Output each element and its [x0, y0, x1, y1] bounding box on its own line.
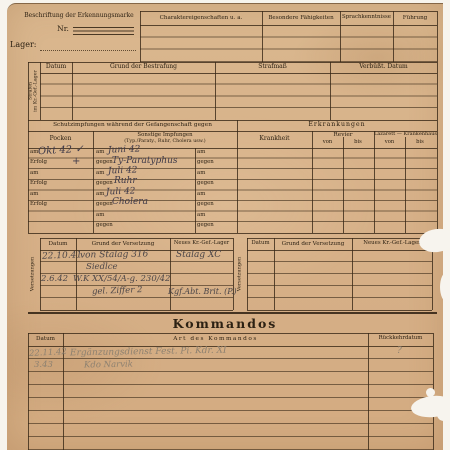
handwriting-versetzung-r4-neues: Kgf.Abt. Brit. (P.): [168, 288, 237, 296]
versetzungen-left-col-neues: Neues Kr.-Gef.-Lager: [171, 241, 232, 247]
sonstige-impfungen-header: Sonstige Impfungen (Typ./Paraty., Ruhr, …: [95, 133, 235, 145]
strafen-col-strafmass: Strafmaß: [217, 64, 328, 71]
lazarett-header: Lazarett — Krankenhaus: [374, 132, 436, 138]
sonstige1-gegen-label-3: gegen: [96, 202, 113, 208]
handwriting-kommando-r2-datum: 3.43: [34, 361, 53, 370]
handwriting-impfung-am-3: Juli 42: [106, 187, 136, 197]
handwriting-impfung-gegen-1: Ty-Paratyphus: [112, 157, 178, 166]
section-separator-line: [28, 312, 437, 314]
revier-von-label: von: [314, 140, 341, 146]
kommandos-col-rueckkehrdatum: Rückkehrdatum: [369, 336, 432, 342]
revier-bis-label: bis: [344, 140, 372, 146]
handwriting-impfung-am-2: Juli 42: [108, 166, 138, 176]
lazarett-von-label: von: [376, 140, 403, 146]
sonstige1-am-label-2: am: [96, 171, 104, 177]
sonstige2-gegen-label-1: gegen: [197, 160, 214, 166]
erkrankungen-title: Erkrankungen: [239, 122, 435, 129]
pocken-am-label-3: am: [30, 192, 38, 198]
handwriting-impfung-am-1: Juni 42: [108, 145, 141, 155]
kommandos-title: Kommandos: [0, 317, 450, 331]
sonstige2-am-label-2: am: [197, 171, 205, 177]
scan-edge-right: [443, 0, 450, 450]
lazarett-bis-label: bis: [406, 140, 434, 146]
sonstige2-gegen-label-3: gegen: [197, 202, 214, 208]
lager-label: Lager:: [10, 41, 40, 50]
handwriting-versetzung-r1-neues: Stalag XC: [176, 251, 221, 260]
scan-edge-left: [0, 0, 7, 450]
sonstige2-gegen-label-4: gegen: [197, 223, 214, 229]
id-block-title: Beschriftung der Erkennungsmarke: [20, 13, 138, 20]
impfungen-title: Schutzimpfungen während der Gefangenscha…: [30, 122, 235, 128]
sonstige2-am-label-4: am: [197, 213, 205, 219]
kommandos-col-datum: Datum: [29, 336, 62, 342]
sonstige1-am-label-4: am: [96, 213, 104, 219]
versetzungen-left-col-datum: Datum: [41, 241, 75, 247]
sonstige1-am-label-1: am: [96, 150, 104, 156]
handwriting-versetzung-r2-grund: Siedlce: [86, 263, 118, 272]
handwriting-impfung-gegen-3: Cholera: [112, 198, 148, 207]
id-number-redaction-lines: [73, 27, 134, 37]
strafen-col-grund: Grund der Bestrafung: [74, 64, 213, 71]
handwriting-versetzung-r1-grund: von Stalag 316: [80, 250, 149, 260]
sonstige1-gegen-label-1: gegen: [96, 160, 113, 166]
krankheit-header: Krankheit: [239, 136, 310, 143]
lager-dotted-line: [40, 42, 136, 51]
handwriting-kommando-r1-datum: 22.11.42: [29, 348, 67, 358]
handwriting-kommando-r2-art: Kdo Narvik: [84, 361, 133, 370]
handwriting-kommando-r1-rueckkehr: ?: [397, 347, 402, 356]
pocken-erfolg-label-2: Erfolg: [30, 181, 47, 187]
id-number-label: Nr.: [55, 25, 71, 33]
scan-edge-top: [0, 0, 450, 3]
paper-damage-right-edge: [440, 272, 450, 302]
pocken-header: Pocken: [30, 136, 91, 143]
handwriting-versetzung-r3-datum: 2.6.42: [41, 275, 68, 284]
traits-col-fuehrung: Führung: [394, 15, 436, 21]
sonstige2-am-label-1: am: [197, 150, 205, 156]
versetzungen-left-col-grund: Grund der Versetzung: [77, 241, 169, 247]
traits-col-sprachkenntnisse: Sprachkenntnisse: [341, 15, 392, 21]
pocken-erfolg-label-1: Erfolg: [30, 160, 47, 166]
strafen-side-label: Strafen im Kr.-Gef.-Lager: [29, 70, 40, 112]
versetzungen-side-label-left: Versetzungen: [30, 257, 36, 292]
handwriting-versetzung-r4-grund: gel. Ziffer 2: [92, 286, 143, 296]
handwriting-impfung-gegen-2: Ruhr: [114, 177, 137, 186]
strafen-col-verbuesst: Verbüßt. Datum: [332, 64, 435, 71]
pocken-erfolg-label-3: Erfolg: [30, 202, 47, 208]
sonstige2-am-label-3: am: [197, 192, 205, 198]
handwriting-pocken-erfolg-1: +: [72, 157, 80, 167]
sonstige1-gegen-label-4: gegen: [96, 223, 113, 229]
handwriting-versetzung-r1-datum: 22.10.41: [42, 251, 82, 261]
sonstige1-gegen-label-2: gegen: [96, 181, 113, 187]
sonstige2-gegen-label-2: gegen: [197, 181, 214, 187]
versetzungen-right-col-datum: Datum: [248, 241, 273, 247]
paper-damage-bottom-right-dot: [426, 388, 435, 397]
sonstige1-am-label-3: am: [96, 192, 104, 198]
kommandos-col-art: Art des Kommandos: [64, 336, 367, 342]
strafen-col-datum: Datum: [42, 64, 70, 71]
pow-record-card-scan: Beschriftung der Erkennungsmarke Nr. Lag…: [0, 0, 450, 450]
traits-col-charakter: Charaktereigenschaften u. a.: [141, 15, 261, 21]
versetzungen-right-col-grund: Grund der Versetzung: [275, 241, 351, 247]
handwriting-versetzung-r3-grund: W.K XX/54/A-g. 230/42: [73, 275, 170, 284]
traits-col-faehigkeiten: Besondere Fähigkeiten: [263, 15, 339, 21]
versetzungen-side-label-right: Versetzungen: [237, 257, 243, 292]
pocken-am-label-2: am: [30, 171, 38, 177]
revier-header: Revier: [313, 132, 373, 138]
paper-damage-bottom-right-tail: [437, 408, 450, 421]
